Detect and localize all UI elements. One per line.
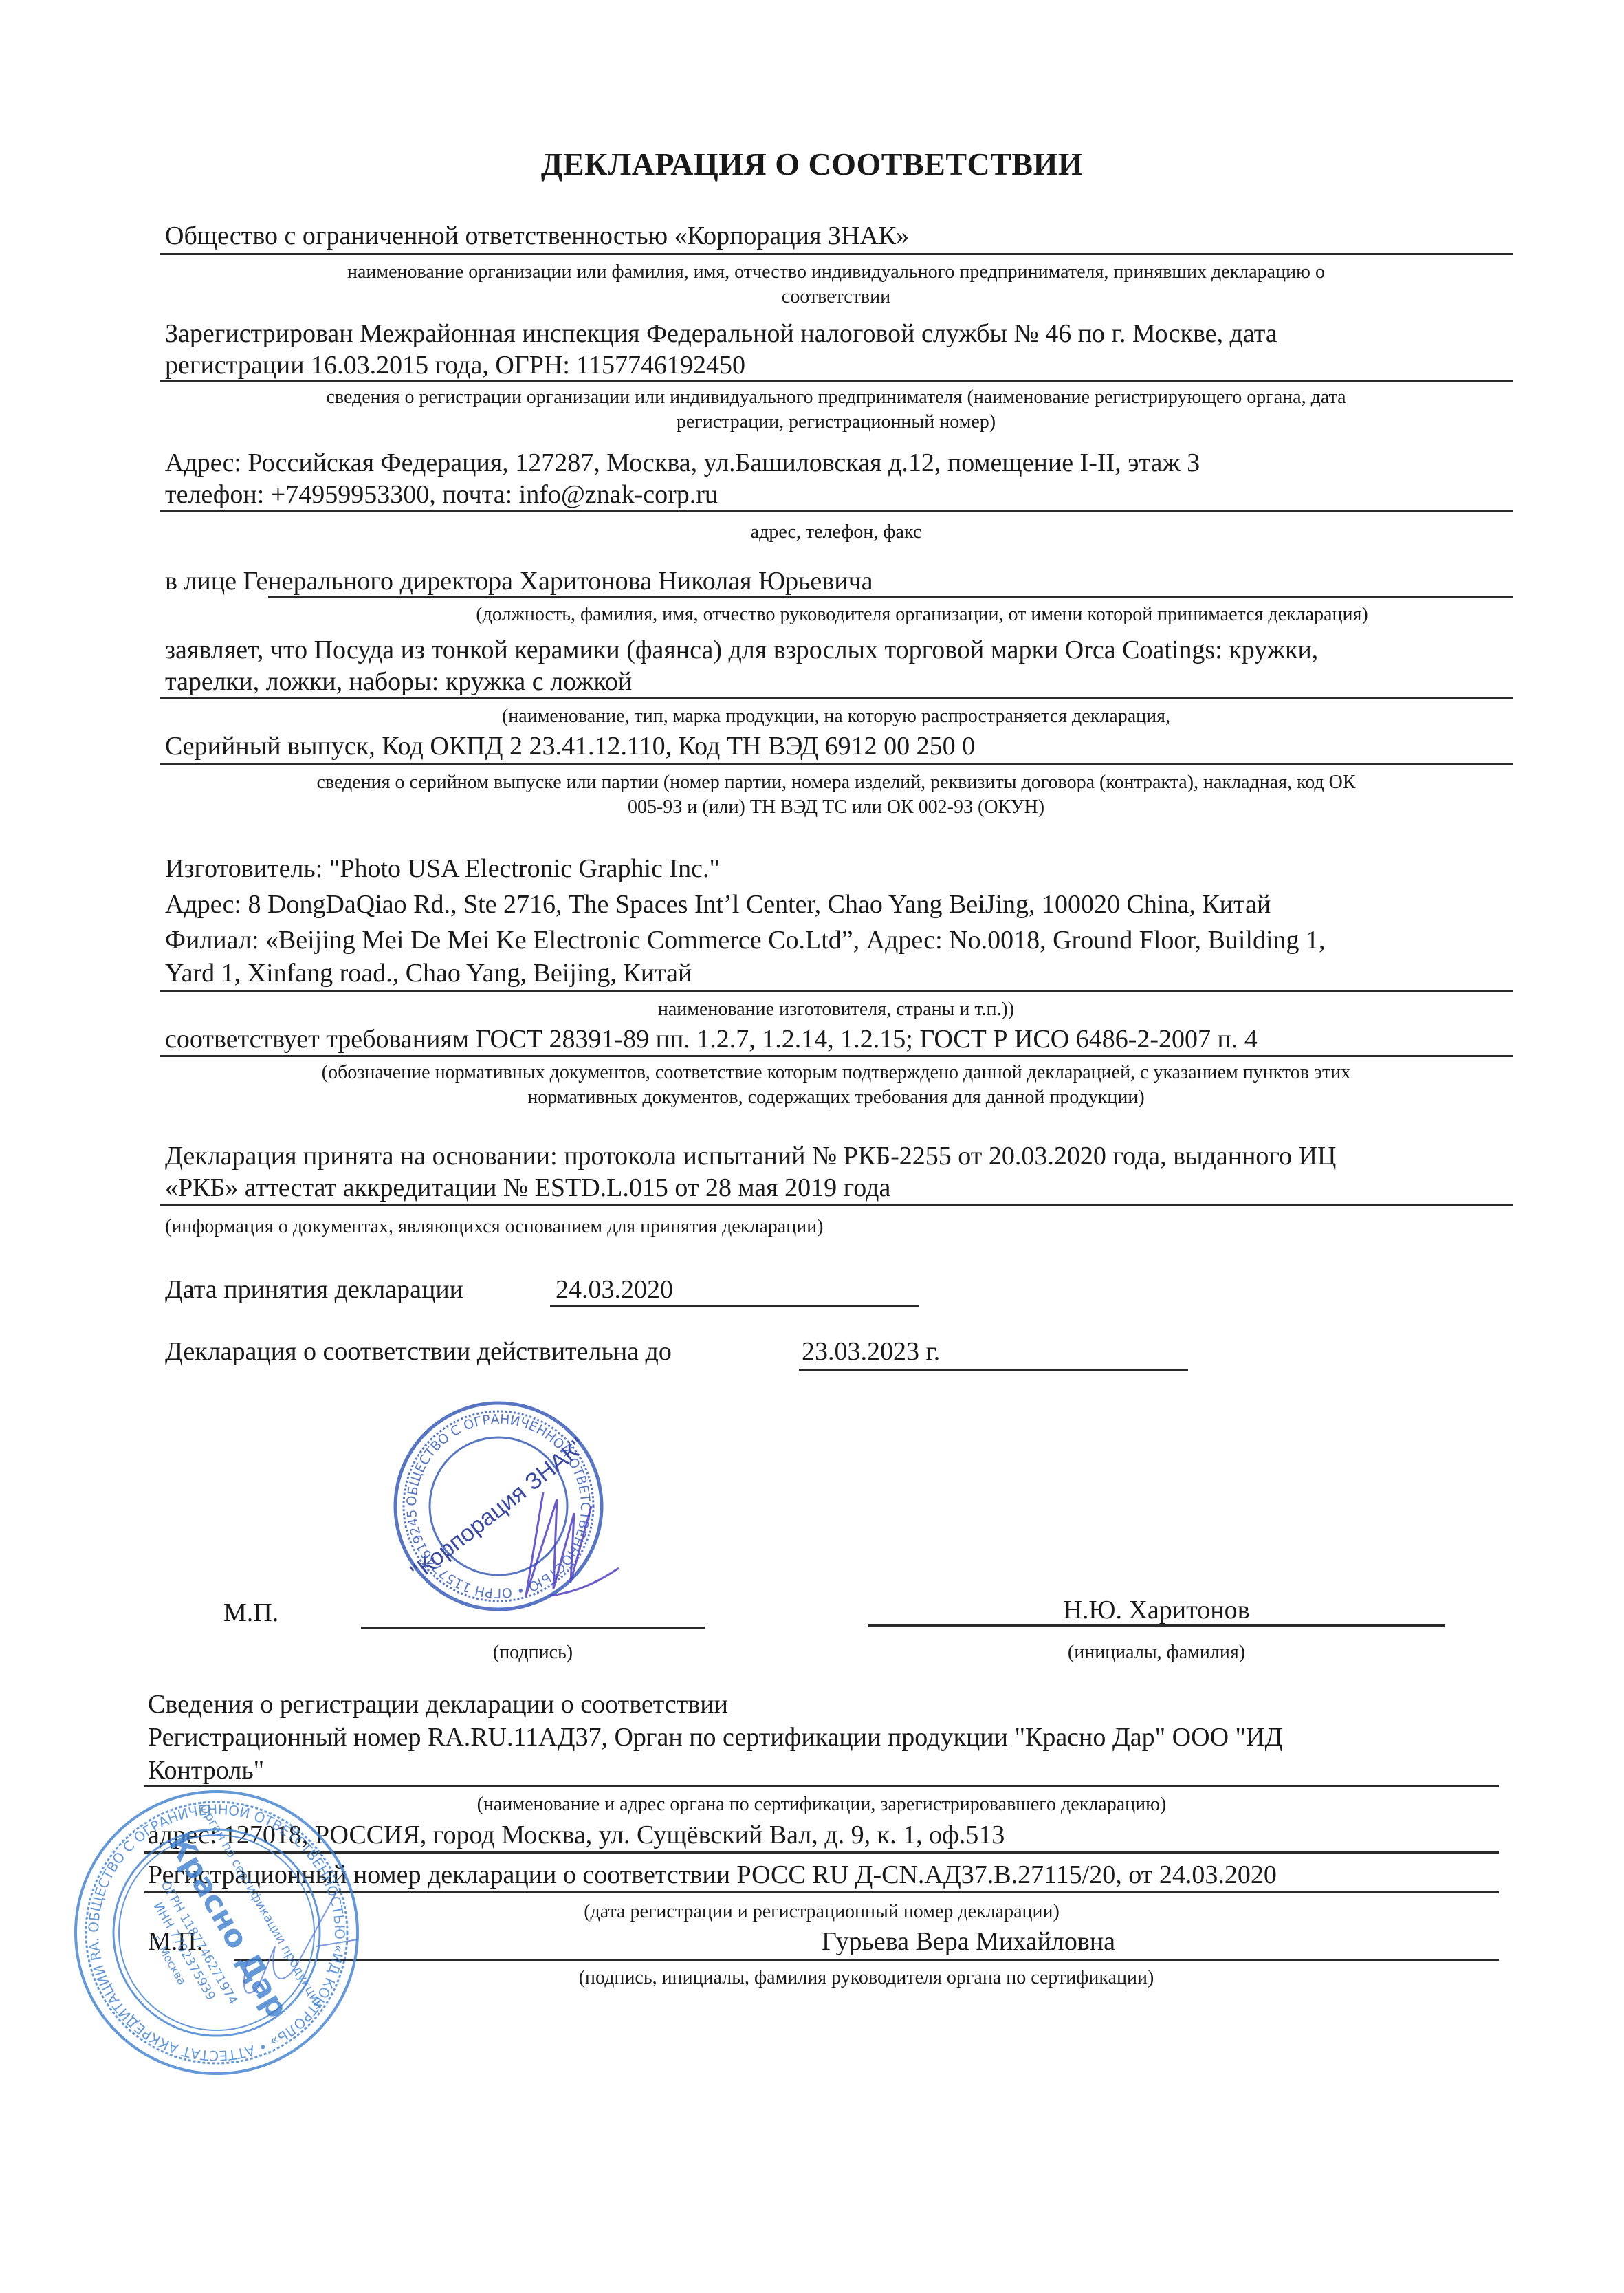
caption-line: регистрации, регистрационный номер) (160, 410, 1513, 435)
caption-line: 005-93 и (или) ТН ВЭД ТС или ОК 002-93 (… (160, 795, 1513, 820)
certification-head-caption: (подпись, инициалы, фамилия руководителя… (371, 1966, 1361, 1990)
divider (160, 380, 1513, 382)
standards-caption: (обозначение нормативных документов, соо… (160, 1061, 1513, 1110)
signer-name-caption: (инициалы, фамилия) (868, 1640, 1445, 1665)
registration-heading: Сведения о регистрации декларации о соот… (148, 1688, 728, 1720)
page-title: ДЕКЛАРАЦИЯ О СООТВЕТСТВИИ (0, 146, 1624, 182)
registration-caption: сведения о регистрации организации или и… (160, 385, 1513, 435)
basis-line-1: Декларация принята на основании: протоко… (165, 1140, 1336, 1172)
signature-line (361, 1627, 705, 1629)
manufacturer-name: Изготовитель: "Photo USA Electronic Grap… (165, 853, 720, 884)
registration-line-2: регистрации 16.03.2015 года, ОГРН: 11577… (165, 349, 745, 381)
divider (799, 1369, 1188, 1371)
serial-caption: сведения о серийном выпуске или партии (… (160, 770, 1513, 820)
divider (160, 510, 1513, 512)
manufacturer-address: Адрес: 8 DongDaQiao Rd., Ste 2716, The S… (165, 889, 1271, 920)
divider (160, 1204, 1513, 1206)
valid-until-label: Декларация о соответствии действительна … (165, 1336, 672, 1367)
divider (268, 596, 1513, 598)
product-caption: (наименование, тип, марка продукции, на … (160, 704, 1513, 729)
mp-label: М.П. (223, 1597, 278, 1629)
valid-until-value: 23.03.2023 г. (802, 1336, 940, 1367)
company-stamp-icon: ОБЩЕСТВО С ОГРАНИЧЕННОЙ ОТВЕТСТВЕННОСТЬЮ… (385, 1396, 619, 1616)
divider (160, 990, 1513, 992)
caption-line: соответствии (160, 285, 1513, 309)
registration-body-1: Регистрационный номер RA.RU.11АД37, Орга… (148, 1721, 1282, 1753)
caption-line: нормативных документов, содержащих требо… (160, 1085, 1513, 1110)
divider (868, 1624, 1445, 1627)
signature-caption: (подпись) (361, 1640, 705, 1665)
address-caption: адрес, телефон, факс (160, 520, 1513, 545)
manufacturer-branch-address: Yard 1, Xinfang road., Chao Yang, Beijin… (165, 957, 692, 989)
product-statement-1: заявляет, что Посуда из тонкой керамики … (165, 634, 1318, 666)
serial-info: Серийный выпуск, Код ОКПД 2 23.41.12.110… (165, 730, 975, 762)
divider (160, 697, 1513, 699)
represented-caption: (должность, фамилия, имя, отчество руков… (160, 602, 1513, 627)
caption-line: сведения о регистрации организации или и… (160, 385, 1513, 410)
manufacturer-branch: Филиал: «Beijing Mei De Mei Ke Electroni… (165, 924, 1326, 956)
manufacturer-caption: наименование изготовителя, страны и т.п.… (160, 997, 1513, 1022)
divider (160, 1055, 1513, 1057)
applicant-address: Адрес: Российская Федерация, 127287, Мос… (165, 447, 1200, 479)
divider (550, 1305, 919, 1307)
divider (160, 763, 1513, 765)
basis-line-2: «РКБ» аттестат аккредитации № ESTD.L.015… (165, 1172, 890, 1204)
represented-by: в лице Генерального директора Харитонова… (165, 565, 873, 597)
accepted-date-label: Дата принятия декларации (165, 1274, 463, 1305)
applicant-name: Общество с ограниченной ответственностью… (165, 220, 909, 252)
signer-name: Н.Ю. Харитонов (868, 1594, 1445, 1626)
accepted-date-value: 24.03.2020 (556, 1274, 673, 1305)
applicant-contacts: телефон: +74959953300, почта: info@znak-… (165, 479, 718, 510)
caption-line: наименование организации или фамилия, им… (160, 260, 1513, 285)
standards-text: соответствует требованиям ГОСТ 28391-89 … (165, 1023, 1258, 1055)
applicant-name-caption: наименование организации или фамилия, им… (160, 260, 1513, 309)
certification-body-stamp-icon: ОБЩЕСТВО С ОГРАНИЧЕННОЙ ОТВЕТСТВЕННОСТЬЮ… (69, 1781, 364, 2084)
certification-head-name: Гурьева Вера Михайловна (822, 1926, 1115, 1957)
divider (160, 253, 1513, 255)
registration-line-1: Зарегистрирован Межрайонная инспекция Фе… (165, 318, 1277, 349)
basis-caption: (информация о документах, являющихся осн… (165, 1215, 824, 1239)
caption-line: сведения о серийном выпуске или партии (… (160, 770, 1513, 795)
product-statement-2: тарелки, ложки, наборы: кружка с ложкой (165, 666, 632, 697)
caption-line: (обозначение нормативных документов, соо… (160, 1061, 1513, 1085)
divider (234, 1959, 1499, 1961)
